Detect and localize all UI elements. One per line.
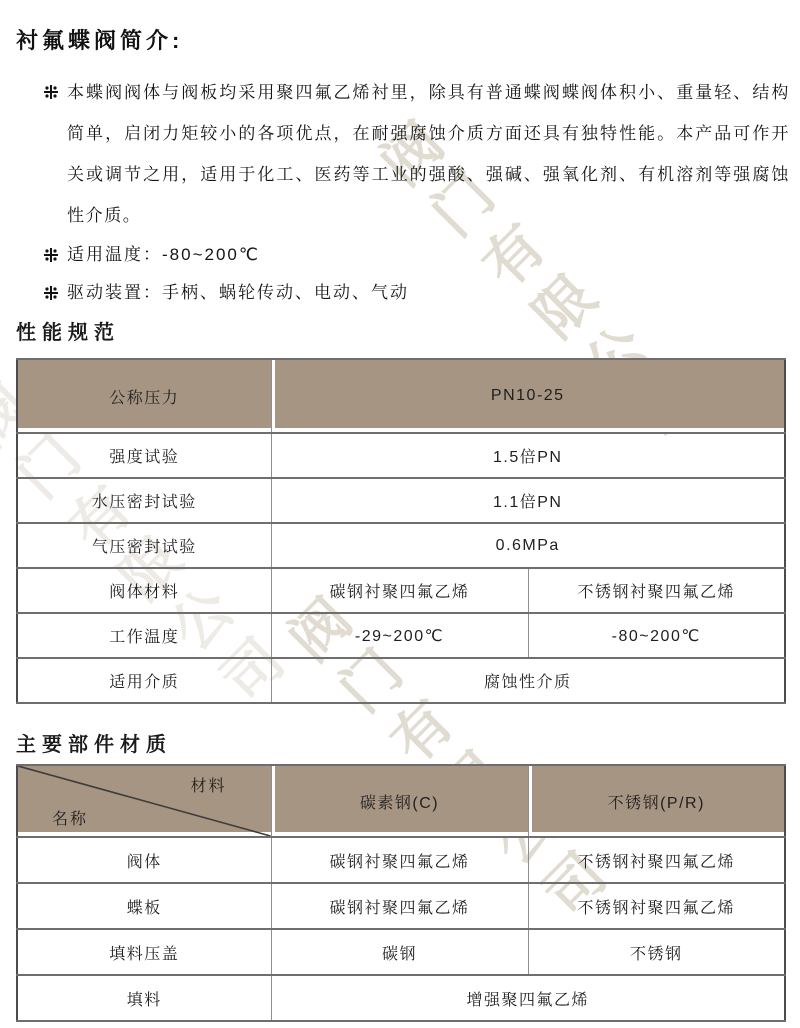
table-row: 气压密封试验 0.6MPa <box>17 523 785 568</box>
mat-name-cell: 蝶板 <box>17 883 271 929</box>
perf-value-cell: 腐蚀性介质 <box>271 658 785 703</box>
perf-carbon-cell: -29~200℃ <box>271 613 528 658</box>
perf-label-cell: 工作温度 <box>17 613 271 658</box>
mat-span-cell: 增强聚四氟乙烯 <box>271 975 785 1021</box>
perf-value-cell: 1.1倍PN <box>271 478 785 523</box>
mat-stainless-header-cell: 不锈钢(P/R) <box>528 765 785 837</box>
intro-section: 本蝶阀阀体与阀板均采用聚四氟乙烯衬里，除具有普通蝶阀蝶阀体积小、重量轻、结构简单… <box>47 72 790 312</box>
perf-value-cell: 1.5倍PN <box>271 433 785 478</box>
dotted-cross-bullet-icon <box>44 248 58 262</box>
perf-carbon-cell: 碳钢衬聚四氟乙烯 <box>271 568 528 613</box>
perf-label-cell: 适用介质 <box>17 658 271 703</box>
materials-section-heading: 主要部件材质 <box>16 728 172 757</box>
corner-name-label: 名称 <box>52 806 88 829</box>
actuator-types-text: 驱动装置：手柄、蜗轮传动、电动、气动 <box>67 274 790 312</box>
intro-bullet-item: 驱动装置：手柄、蜗轮传动、电动、气动 <box>47 274 790 312</box>
table-row: 强度试验 1.5倍PN <box>17 433 785 478</box>
table-row: 工作温度 -29~200℃ -80~200℃ <box>17 613 785 658</box>
perf-label-cell: 水压密封试验 <box>17 478 271 523</box>
perf-label-cell: 强度试验 <box>17 433 271 478</box>
materials-table: 材料 名称 碳素钢(C) 不锈钢(P/R) 阀体 碳钢衬聚四氟乙烯 不锈钢衬聚四… <box>16 764 786 1022</box>
intro-paragraph: 本蝶阀阀体与阀板均采用聚四氟乙烯衬里，除具有普通蝶阀蝶阀体积小、重量轻、结构简单… <box>67 72 790 236</box>
perf-value-cell: 0.6MPa <box>271 523 785 568</box>
table-row: 阀体 碳钢衬聚四氟乙烯 不锈钢衬聚四氟乙烯 <box>17 837 785 883</box>
table-row: 适用介质 腐蚀性介质 <box>17 658 785 703</box>
mat-carbon-cell: 碳钢衬聚四氟乙烯 <box>271 837 528 883</box>
dotted-cross-bullet-icon <box>44 286 58 300</box>
table-header-row: 公称压力 PN10-25 <box>17 359 785 433</box>
perf-label-cell: 公称压力 <box>17 359 271 433</box>
diagonal-corner-cell: 材料 名称 <box>17 765 271 837</box>
table-row: 蝶板 碳钢衬聚四氟乙烯 不锈钢衬聚四氟乙烯 <box>17 883 785 929</box>
table-row: 阀体材料 碳钢衬聚四氟乙烯 不锈钢衬聚四氟乙烯 <box>17 568 785 613</box>
intro-bullet-item: 适用温度：-80~200℃ <box>47 236 790 274</box>
product-doc-page: 阀门有限公司 阀门有限公司 阀门有限公司 衬氟蝶阀简介: 本蝶阀阀体与阀板均采用… <box>0 0 800 1028</box>
table-header-row: 材料 名称 碳素钢(C) 不锈钢(P/R) <box>17 765 785 837</box>
table-row: 填料 增强聚四氟乙烯 <box>17 975 785 1021</box>
intro-bullet-item: 本蝶阀阀体与阀板均采用聚四氟乙烯衬里，除具有普通蝶阀蝶阀体积小、重量轻、结构简单… <box>47 72 790 236</box>
performance-section-heading: 性能规范 <box>16 316 120 345</box>
perf-label-cell: 气压密封试验 <box>17 523 271 568</box>
temperature-range-text: 适用温度：-80~200℃ <box>67 236 790 274</box>
mat-carbon-cell: 碳钢衬聚四氟乙烯 <box>271 883 528 929</box>
mat-stainless-cell: 不锈钢衬聚四氟乙烯 <box>528 837 785 883</box>
mat-name-cell: 填料压盖 <box>17 929 271 975</box>
mat-name-cell: 填料 <box>17 975 271 1021</box>
mat-name-cell: 阀体 <box>17 837 271 883</box>
table-row: 水压密封试验 1.1倍PN <box>17 478 785 523</box>
performance-table: 公称压力 PN10-25 强度试验 1.5倍PN 水压密封试验 1.1倍PN 气… <box>16 358 786 704</box>
mat-stainless-cell: 不锈钢 <box>528 929 785 975</box>
perf-stainless-cell: 不锈钢衬聚四氟乙烯 <box>528 568 785 613</box>
mat-carbon-cell: 碳钢 <box>271 929 528 975</box>
perf-stainless-cell: -80~200℃ <box>528 613 785 658</box>
page-title: 衬氟蝶阀简介: <box>16 24 183 55</box>
corner-material-label: 材料 <box>190 773 226 796</box>
perf-value-cell: PN10-25 <box>271 359 785 433</box>
table-row: 填料压盖 碳钢 不锈钢 <box>17 929 785 975</box>
dotted-cross-bullet-icon <box>44 85 58 99</box>
perf-label-cell: 阀体材料 <box>17 568 271 613</box>
mat-stainless-cell: 不锈钢衬聚四氟乙烯 <box>528 883 785 929</box>
mat-carbon-header-cell: 碳素钢(C) <box>271 765 528 837</box>
